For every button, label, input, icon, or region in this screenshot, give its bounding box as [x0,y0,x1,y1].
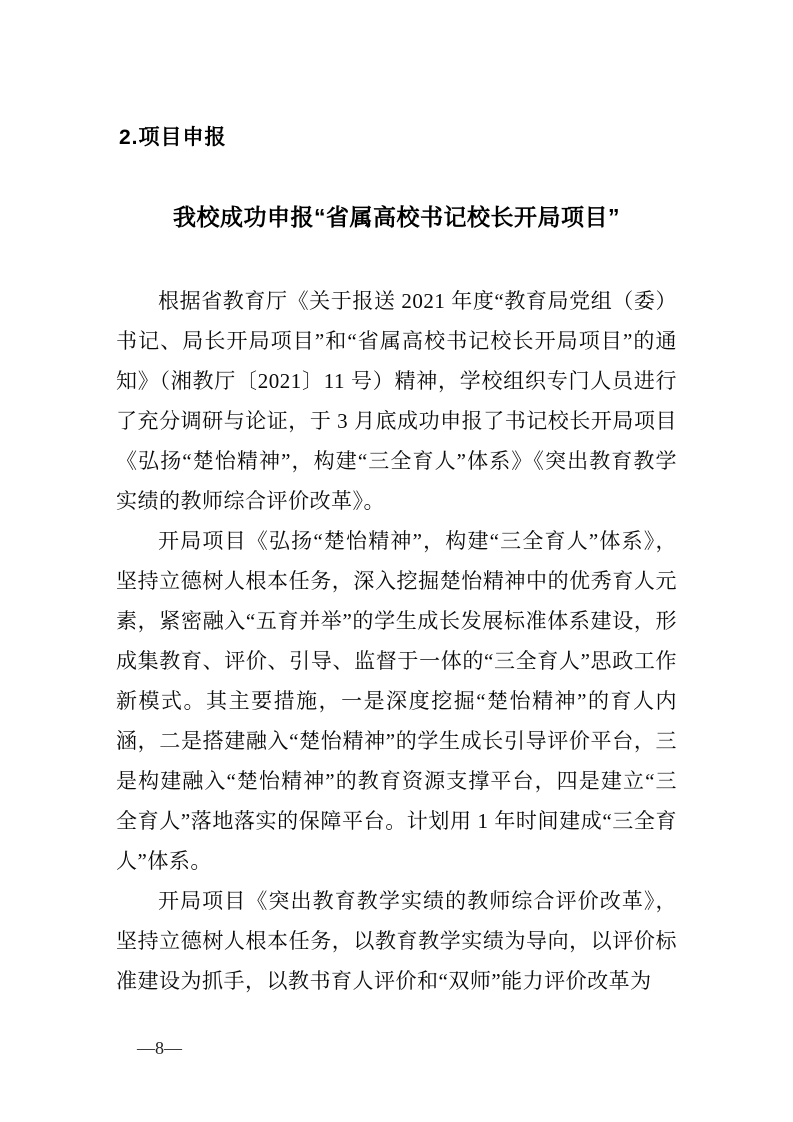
article-title: 我校成功申报“省属高校书记校长开局项目” [0,200,793,234]
page-number: —8— [137,1036,182,1060]
section-heading: 2.项目申报 [119,123,227,153]
document-page: 2.项目申报 我校成功申报“省属高校书记校长开局项目” 根据省教育厅《关于报送 … [0,0,793,1122]
paragraph-3: 开局项目《突出教育教学实绩的教师综合评价改革》，坚持立德树人根本任务，以教育教学… [116,881,677,1001]
paragraph-1: 根据省教育厅《关于报送 2021 年度“教育局党组（委）书记、局长开局项目”和“… [116,281,677,521]
paragraph-2: 开局项目《弘扬“楚怡精神”，构建“三全育人”体系》，坚持立德树人根本任务，深入挖… [116,521,677,881]
article-body: 根据省教育厅《关于报送 2021 年度“教育局党组（委）书记、局长开局项目”和“… [116,281,677,1001]
